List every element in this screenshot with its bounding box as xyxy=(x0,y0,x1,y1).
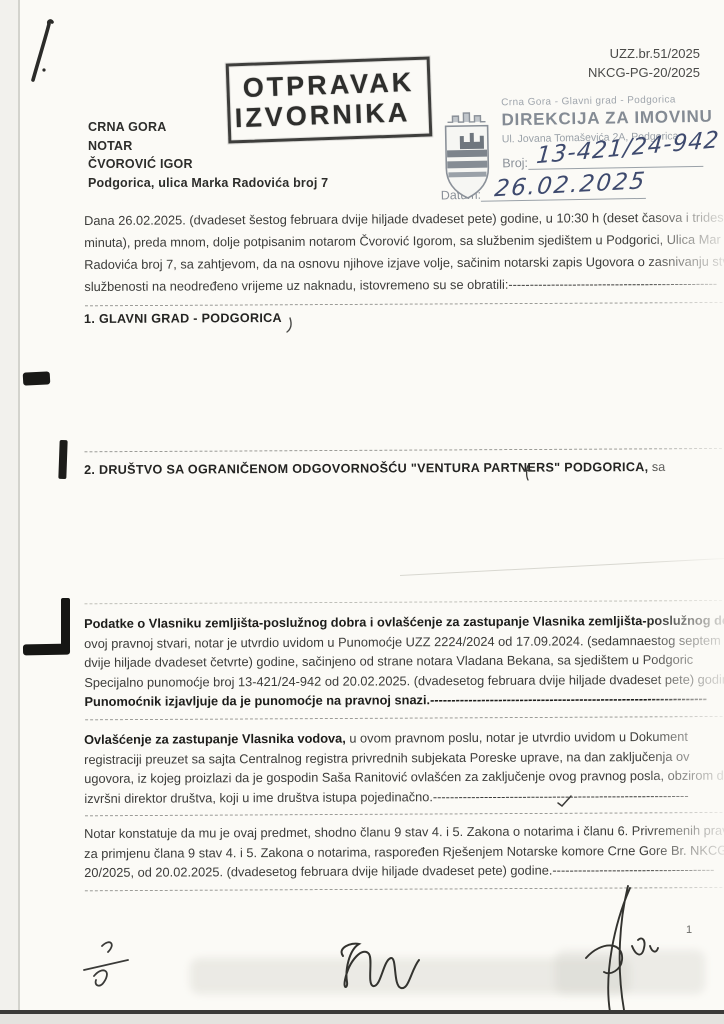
ink-binding-mark xyxy=(23,371,51,385)
ink-binding-mark xyxy=(23,644,70,656)
party-2-tail: sa xyxy=(648,460,665,474)
case-reference-numbers: UZZ.br.51/2025 NKCG-PG-20/2025 xyxy=(588,44,700,82)
scan-left-edge-band xyxy=(0,0,18,1024)
party-2-label: 2. DRUŠTVO SA OGRANIČENOM ODGOVORNOŠĆU "… xyxy=(84,460,648,477)
podgorica-coat-of-arms-icon xyxy=(437,105,497,211)
party-1-label: 1. GLAVNI GRAD - PODGORICA xyxy=(84,311,282,326)
notary-role: NOTAR xyxy=(88,137,328,156)
paragraph-authorization: Ovlašćenje za zastupanje Vlasnika vodova… xyxy=(84,727,724,823)
ref-uzz: UZZ.br.51/2025 xyxy=(588,44,700,63)
direkcija-za-imovinu-stamp: Crna Gora - Glavni grad - Podgorica DIRE… xyxy=(435,93,724,202)
paragraph-bold-lead: Ovlašćenje za zastupanje Vlasnika vodova… xyxy=(84,731,346,747)
dash-filler-line: ----------------------------------------… xyxy=(84,441,724,459)
notary-name: ČVOROVIĆ IGOR xyxy=(88,155,328,174)
paragraph-line: Ovlašćenje za zastupanje Vlasnika vodova… xyxy=(84,727,724,750)
handwritten-tick-mark xyxy=(284,316,294,334)
signature-middle xyxy=(335,930,460,1005)
ink-binding-mark xyxy=(61,598,70,650)
paragraph-power-of-attorney: Podatke o Vlasniku zemljišta-poslužnog d… xyxy=(84,611,724,727)
ref-nkcg: NKCG-PG-20/2025 xyxy=(588,63,700,82)
party-1-heading: 1. GLAVNI GRAD - PODGORICA xyxy=(84,309,724,326)
scan-diagonal-artifact xyxy=(400,558,724,576)
handwritten-check-mark xyxy=(556,794,574,808)
handwritten-slash-mark xyxy=(24,18,60,86)
signature-left xyxy=(78,936,140,992)
handwritten-tick-mark xyxy=(522,462,532,482)
broj-label: Broj: xyxy=(502,156,528,170)
signature-right xyxy=(580,884,675,1016)
notary-country: CRNA GORA xyxy=(88,118,328,137)
page-number: 1 xyxy=(686,924,692,936)
scanned-notarial-document: UZZ.br.51/2025 NKCG-PG-20/2025 OTPRAVAK … xyxy=(0,0,724,1024)
stamp-title: DIREKCIJA ZA IMOVINU xyxy=(501,106,724,130)
paragraph-intro: Dana 26.02.2025. (dvadeset šestog februa… xyxy=(84,207,724,313)
paragraph-line: dvije hiljade dvadeset četvrte) godine, … xyxy=(84,650,724,673)
paragraph-line: 20/2025, od 20.02.2025. (dvadesetog febr… xyxy=(84,860,724,883)
notary-address: Podgorica, ulica Marka Radovića broj 7 xyxy=(88,174,328,193)
paragraph-line: ugovora, iz kojeg proizlazi da je gospod… xyxy=(84,766,724,789)
paragraph-line: Podatke o Vlasniku zemljišta-poslužnog d… xyxy=(84,611,724,634)
paragraph-line-rest: u ovom pravnom poslu, notar je utvrdio u… xyxy=(346,729,688,746)
notary-header-block: CRNA GORA NOTAR ČVOROVIĆ IGOR Podgorica,… xyxy=(88,118,328,192)
dash-filler-line-faint: ----------------------------------------… xyxy=(84,593,724,611)
scan-bottom-edge-band xyxy=(0,1014,724,1024)
party-2-heading: 2. DRUŠTVO SA OGRANIČENOM ODGOVORNOŠĆU "… xyxy=(84,458,724,479)
scan-left-edge-line xyxy=(18,0,20,1010)
ink-binding-mark xyxy=(58,440,67,479)
dash-filler-line: ----------------------------------------… xyxy=(85,708,724,726)
paragraph-line: Punomoćnik izjavljuje da je punomoćje na… xyxy=(84,689,724,712)
paragraph-line: Notar konstatuje da mu je ovaj predmet, … xyxy=(84,821,724,844)
